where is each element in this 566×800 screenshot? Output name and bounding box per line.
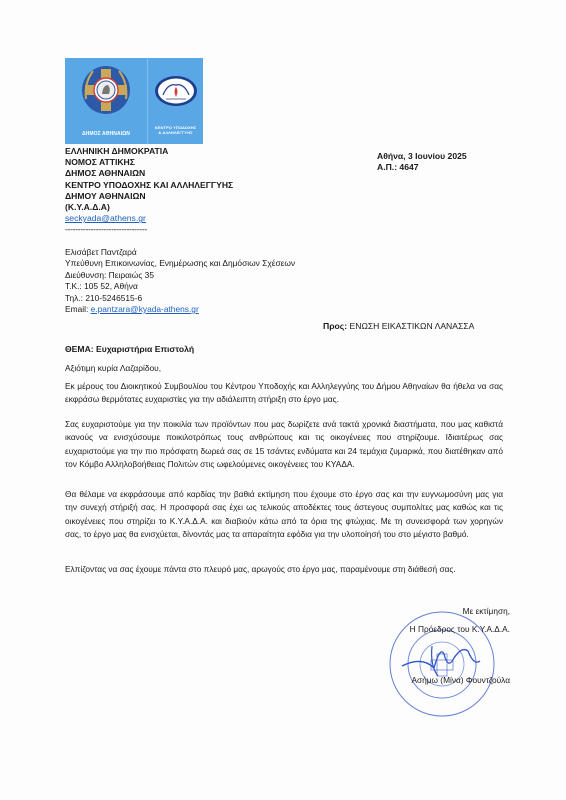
reception-center-emblem-icon [154,75,198,107]
body-paragraph: Θα θέλαμε να εκφράσουμε από καρδίας την … [65,488,503,542]
signature-closing: Με εκτίμηση, [463,606,510,616]
sender-header: ΕΛΛΗΝΙΚΗ ΔΗΜΟΚΡΑΤΙΑ ΝΟΜΟΣ ΑΤΤΙΚΗΣ ΔΗΜΟΣ … [65,146,233,236]
contact-role: Υπεύθυνη Επικοινωνίας, Ενημέρωσης και Δη… [65,258,295,269]
contact-email-label: Email: [65,304,91,314]
body-paragraph: Σας ευχαριστούμε για την ποικιλία των πρ… [65,418,503,472]
separator-line: -------------------------------- [65,224,233,235]
letter-greeting: Αξιότιμη κυρία Λαζαρίδου, [65,363,161,373]
municipality-logo: ΔΗΜΟΣ ΑΘΗΝΑΙΩΝ [65,58,148,144]
contact-name: Ελισάβετ Παντζαρά [65,247,295,258]
recipient-line: Προς: ΕΝΩΣΗ ΕΙΚΑΣΤΙΚΩΝ ΛΑΝΑΣΣΑ [323,321,474,331]
body-paragraph: Ελπίζοντας να σας έχουμε πάντα στο πλευρ… [65,563,503,576]
header-line: ΝΟΜΟΣ ΑΤΤΙΚΗΣ [65,157,233,168]
recipient-label: Προς: [323,321,350,331]
center-caption: ΚΕΝΤΡΟ ΥΠΟΔΟΧΗΣ & ΑΛΛΗΛΕΓΓΥΗΣ [148,125,203,135]
contact-email-link[interactable]: e.pantzara@kyada-athens.gr [91,304,199,314]
athens-emblem-icon [81,63,131,121]
contact-address: Διεύθυνση: Πειραιώς 35 [65,270,295,281]
date-protocol-block: Αθήνα, 3 Ιουνίου 2025 Α.Π.: 4647 [377,151,467,173]
letter-page: ΔΗΜΟΣ ΑΘΗΝΑΙΩΝ ΚΕΝΤΡΟ ΥΠΟΔΟΧΗΣ & ΑΛΛΗΛΕΓ… [0,0,566,800]
header-line: (Κ.Υ.Α.Δ.Α) [65,202,233,213]
center-logo: ΚΕΝΤΡΟ ΥΠΟΔΟΧΗΣ & ΑΛΛΗΛΕΓΓΥΗΣ [148,58,203,144]
contact-postal: Τ.Κ.: 105 52, Αθήνα [65,281,295,292]
signature-title: Η Πρόεδρος του Κ.Υ.Α.Δ.Α. [410,624,510,634]
contact-phone: Τηλ.: 210-5246515-6 [65,293,295,304]
signature-block: Με εκτίμηση, Η Πρόεδρος του Κ.Υ.Α.Δ.Α. Α… [360,600,530,730]
signature-name: Ασήμω (Μίνα) Φουντζούλα [411,675,510,685]
letter-subject: ΘΕΜΑ: Ευχαριστήρια Επιστολή [65,344,194,354]
center-caption-line2: & ΑΛΛΗΛΕΓΓΥΗΣ [148,130,203,135]
body-paragraph: Εκ μέρους του Διοικητικού Συμβουλίου του… [65,380,503,407]
contact-block: Ελισάβετ Παντζαρά Υπεύθυνη Επικοινωνίας,… [65,247,295,315]
header-line: ΔΗΜΟΣ ΑΘΗΝΑΙΩΝ [65,168,233,179]
recipient-name: ΕΝΩΣΗ ΕΙΚΑΣΤΙΚΩΝ ΛΑΝΑΣΣΑ [350,321,475,331]
contact-email-row: Email: e.pantzara@kyada-athens.gr [65,304,295,315]
header-line: ΔΗΜΟΥ ΑΘΗΝΑΙΩΝ [65,191,233,202]
letter-date: Αθήνα, 3 Ιουνίου 2025 [377,151,467,162]
header-line: ΚΕΝΤΡΟ ΥΠΟΔΟΧΗΣ ΚΑΙ ΑΛΛΗΛΕΓΓΥΗΣ [65,180,233,191]
sender-email-link[interactable]: seckyada@athens.gr [65,213,146,223]
logo-panel: ΔΗΜΟΣ ΑΘΗΝΑΙΩΝ ΚΕΝΤΡΟ ΥΠΟΔΟΧΗΣ & ΑΛΛΗΛΕΓ… [65,58,203,144]
municipality-caption: ΔΗΜΟΣ ΑΘΗΝΑΙΩΝ [65,131,147,137]
header-line: ΕΛΛΗΝΙΚΗ ΔΗΜΟΚΡΑΤΙΑ [65,146,233,157]
protocol-number: Α.Π.: 4647 [377,162,467,173]
